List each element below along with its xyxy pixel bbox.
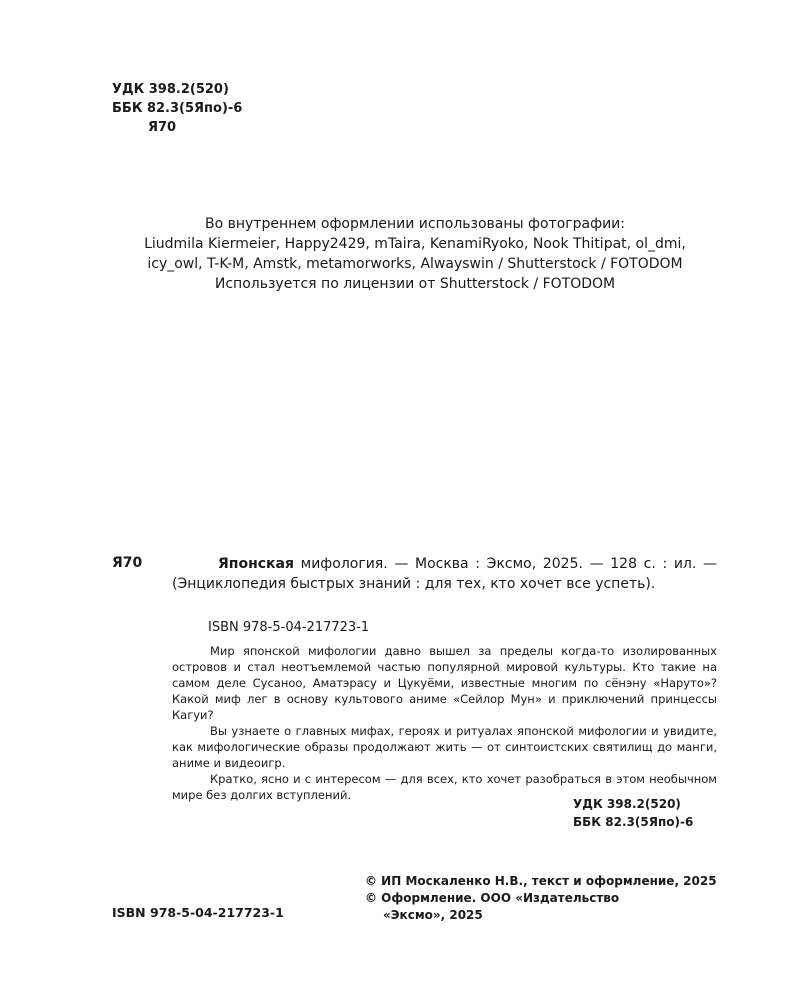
- entry-isbn: ISBN 978-5-04-217723-1: [208, 620, 369, 635]
- copyright-line-2: © Оформление. ООО «Издательство: [365, 890, 717, 907]
- credits-line-3: icy_owl, T-K-M, Amstk, metamorworks, Alw…: [110, 254, 720, 274]
- copyright-line-1: © ИП Москаленко Н.В., текст и оформление…: [365, 873, 717, 890]
- isbn-bottom: ISBN 978-5-04-217723-1: [112, 905, 284, 920]
- bibliographic-entry: Японская мифология. — Москва : Эксмо, 20…: [172, 555, 717, 594]
- udk-code: УДК 398.2(520): [112, 80, 242, 99]
- annotation-paragraph: Мир японской мифологии давно вышел за пр…: [172, 643, 717, 723]
- entry-author-sign: Я70: [112, 555, 142, 571]
- annotation-paragraph: Вы узнаете о главных мифах, героях и рит…: [172, 723, 717, 771]
- bbk-code-right: ББК 82.3(5Япо)-6: [573, 813, 693, 831]
- annotation: Мир японской мифологии давно вышел за пр…: [172, 643, 717, 803]
- credits-line-4: Используется по лицензии от Shutterstock…: [110, 274, 720, 294]
- classification-codes-right: УДК 398.2(520) ББК 82.3(5Япо)-6: [573, 795, 693, 831]
- udk-code-right: УДК 398.2(520): [573, 795, 693, 813]
- photo-credits: Во внутреннем оформлении использованы фо…: [110, 214, 720, 294]
- author-sign: Я70: [112, 118, 242, 137]
- credits-line-2: Liudmila Kiermeier, Happy2429, mTaira, K…: [110, 234, 720, 254]
- classification-codes: УДК 398.2(520) ББК 82.3(5Япо)-6 Я70: [112, 80, 242, 137]
- credits-line-1: Во внутреннем оформлении использованы фо…: [110, 214, 720, 234]
- bbk-code: ББК 82.3(5Япо)-6: [112, 99, 242, 118]
- entry-title-bold: Японская: [218, 556, 294, 572]
- copyright-block: © ИП Москаленко Н.В., текст и оформление…: [365, 873, 717, 924]
- copyright-line-3: «Эксмо», 2025: [365, 907, 717, 924]
